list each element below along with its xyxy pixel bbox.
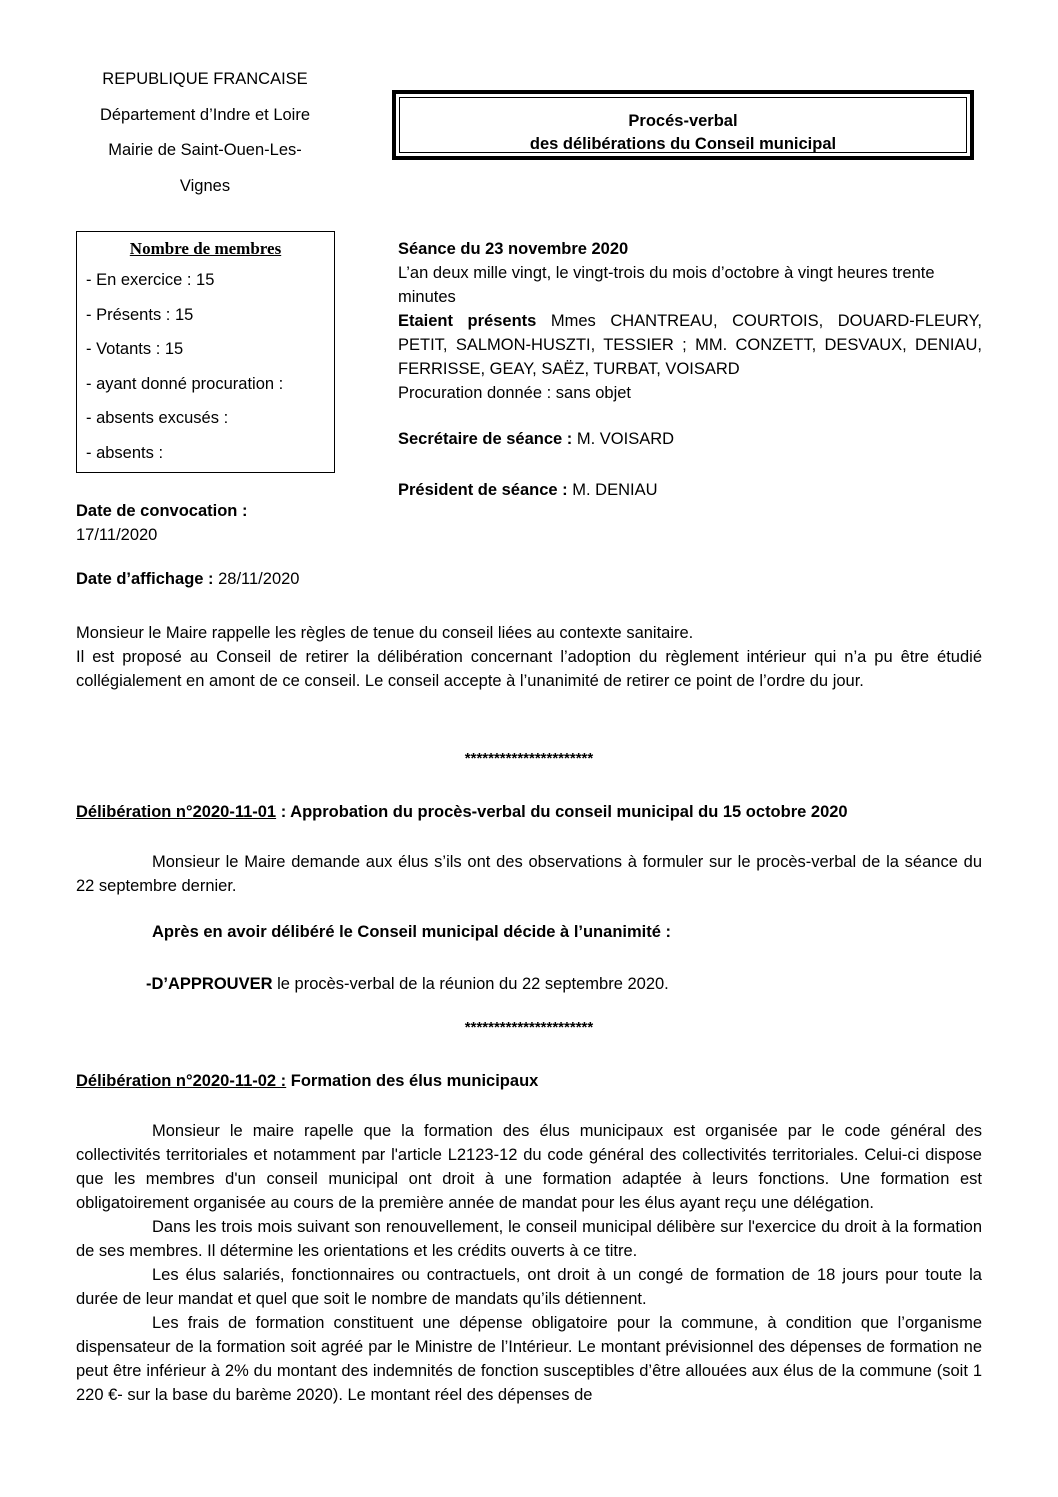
deliberation-2-paragraph-4: Les frais de formation constituent une d… [76,1311,982,1407]
document-title-box: Procés-verbal des délibérations du Conse… [392,90,974,160]
deliberation-1-decision: Après en avoir délibéré le Conseil munic… [152,923,671,942]
members-box: Nombre de membres - En exercice : 15 - P… [76,231,335,473]
affichage-label: Date d’affichage : [76,570,214,588]
affichage-date: 28/11/2020 [214,570,300,588]
deliberation-2-paragraph-1: Monsieur le maire rapelle que la formati… [76,1119,982,1215]
deliberation-2-number: Délibération n°2020-11-02 : [76,1072,286,1090]
president-line: Président de séance : M. DENIAU [398,481,658,500]
deliberation-1-title: : Approbation du procès-verbal du consei… [276,803,848,821]
presents-list: Etaient présents Mmes CHANTREAU, COURTOI… [398,309,982,381]
deliberation-1-number: Délibération n°2020-11-01 [76,803,276,821]
members-absents: - absents : [86,436,334,471]
members-presents: - Présents : 15 [86,298,334,333]
members-en-exercice: - En exercice : 15 [86,263,334,298]
presents-label: Etaient présents [398,312,536,330]
secretaire-line: Secrétaire de séance : M. VOISARD [398,430,674,449]
mairie-label: Mairie de Saint-Ouen-Les- [70,133,340,169]
intro-line-2: Il est proposé au Conseil de retirer la … [76,645,982,693]
deliberation-2-title: Formation des élus municipaux [286,1072,538,1090]
convocation-date: 17/11/2020 [76,523,247,547]
president-value: M. DENIAU [568,481,658,499]
separator: ********************** [76,750,982,767]
intro-paragraph: Monsieur le Maire rappelle les règles de… [76,621,982,693]
convocation-block: Date de convocation : 17/11/2020 [76,499,247,547]
intro-line-1: Monsieur le Maire rappelle les règles de… [76,621,982,645]
deliberation-1-heading: Délibération n°2020-11-01 : Approbation … [76,803,848,822]
issuer-block: REPUBLIQUE FRANCAISE Département d’Indre… [70,62,340,204]
members-votants: - Votants : 15 [86,332,334,367]
members-title: Nombre de membres [77,235,334,263]
secretaire-label: Secrétaire de séance : [398,430,572,448]
approve-text: le procès-verbal de la réunion du 22 sep… [273,975,669,993]
secretaire-value: M. VOISARD [572,430,674,448]
members-absents-excuses: - absents excusés : [86,401,334,436]
president-label: Président de séance : [398,481,568,499]
procuration-text: Procuration donnée : sans objet [398,381,982,405]
republic-label: REPUBLIQUE FRANCAISE [70,62,340,98]
deliberation-1-body: Monsieur le Maire demande aux élus s’ils… [76,850,982,898]
approve-label: -D’APPROUVER [146,975,273,993]
affichage-line: Date d’affichage : 28/11/2020 [76,570,299,589]
deliberation-2-paragraph-2: Dans les trois mois suivant son renouvel… [76,1215,982,1263]
members-procuration: - ayant donné procuration : [86,367,334,402]
document-title: Procés-verbal [400,110,966,133]
seance-title: Séance du 23 novembre 2020 [398,237,982,261]
mairie-label-cont: Vignes [70,169,340,205]
deliberation-2-heading: Délibération n°2020-11-02 : Formation de… [76,1072,538,1091]
deliberation-2-body: Monsieur le maire rapelle que la formati… [76,1119,982,1407]
seance-block: Séance du 23 novembre 2020 L’an deux mil… [398,237,982,405]
deliberation-1-approve: -D’APPROUVER le procès-verbal de la réun… [146,975,669,994]
deliberation-2-paragraph-3: Les élus salariés, fonctionnaires ou con… [76,1263,982,1311]
department-label: Département d’Indre et Loire [70,98,340,134]
document-subtitle: des délibérations du Conseil municipal [400,133,966,156]
convocation-label: Date de convocation : [76,499,247,523]
separator-2: ********************** [76,1019,982,1036]
seance-date-text: L’an deux mille vingt, le vingt-trois du… [398,261,982,309]
